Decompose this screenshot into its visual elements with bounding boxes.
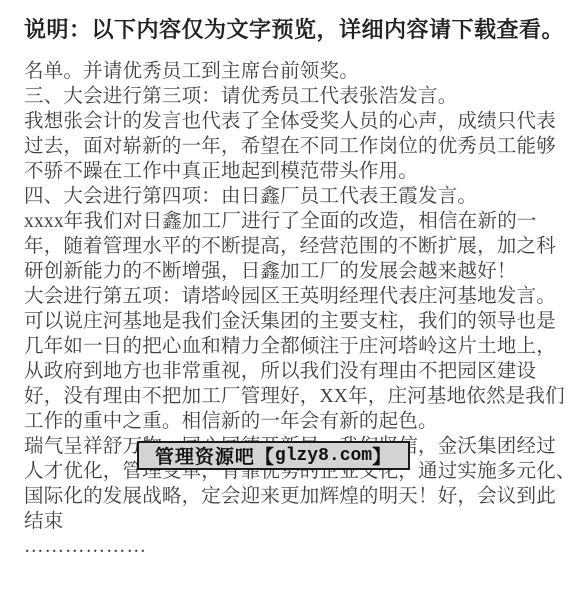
ellipsis-line: ……………… — [24, 534, 578, 559]
watermark-domain: glzy8.com — [275, 446, 372, 466]
text-preview-page: 说明：以下内容仅为文字预览，详细内容请下载查看。 名单。并请优秀员工到主席台前领… — [0, 0, 578, 600]
text-line: 好，没有理由不把加工厂管理好，XX年，庄河基地依然是我们 — [24, 384, 578, 409]
text-line: 过去，面对崭新的一年，希望在不同工作岗位的优秀员工能够 — [24, 134, 578, 159]
watermark-label: 管理资源吧 — [155, 442, 255, 469]
watermark-box: 管理资源吧【glzy8.com】 — [137, 441, 410, 470]
text-line: 可以说庄河基地是我们金沃集团的主要支柱，我们的领导也是 — [24, 309, 578, 334]
text-line: 研创新能力的不断增强，日鑫加工厂的发展会越来越好！ — [24, 259, 578, 284]
text-line: 国际化的发展战略，定会迎来更加辉煌的明天！好，会议到此 — [24, 484, 578, 509]
text-line: 三、大会进行第三项：请优秀员工代表张浩发言。 — [24, 84, 578, 109]
text-line: 我想张会计的发言也代表了全体受奖人员的心声，成绩只代表 — [24, 109, 578, 134]
watermark-bracket-open: 【 — [255, 442, 275, 469]
text-line: 大会进行第五项：请塔岭园区王英明经理代表庄河基地发言。 — [24, 284, 578, 309]
text-line: 几年如一日的把心血和精力全都倾注于庄河塔岭这片土地上， — [24, 334, 578, 359]
text-line: 名单。并请优秀员工到主席台前领奖。 — [24, 59, 578, 84]
text-line: xxxx年我们对日鑫加工厂进行了全面的改造，相信在新的一 — [24, 209, 578, 234]
text-line: 四、大会进行第四项：由日鑫厂员工代表王霞发言。 — [24, 184, 578, 209]
text-line: 年，随着管理水平的不断提高，经营范围的不断扩展，加之科 — [24, 234, 578, 259]
text-line: 不骄不躁在工作中真正地起到模范带头作用。 — [24, 159, 578, 184]
text-line: 工作的重中之重。相信新的一年会有新的起色。 — [24, 409, 578, 434]
document-text: 名单。并请优秀员工到主席台前领奖。 三、大会进行第三项：请优秀员工代表张浩发言。… — [0, 59, 578, 559]
text-line: 从政府到地方也非常重视，所以我们没有理由不把园区建设 — [24, 359, 578, 384]
watermark-bracket-close: 】 — [372, 442, 392, 469]
preview-notice-heading: 说明：以下内容仅为文字预览，详细内容请下载查看。 — [0, 0, 578, 45]
text-line: 结束 — [24, 509, 578, 534]
